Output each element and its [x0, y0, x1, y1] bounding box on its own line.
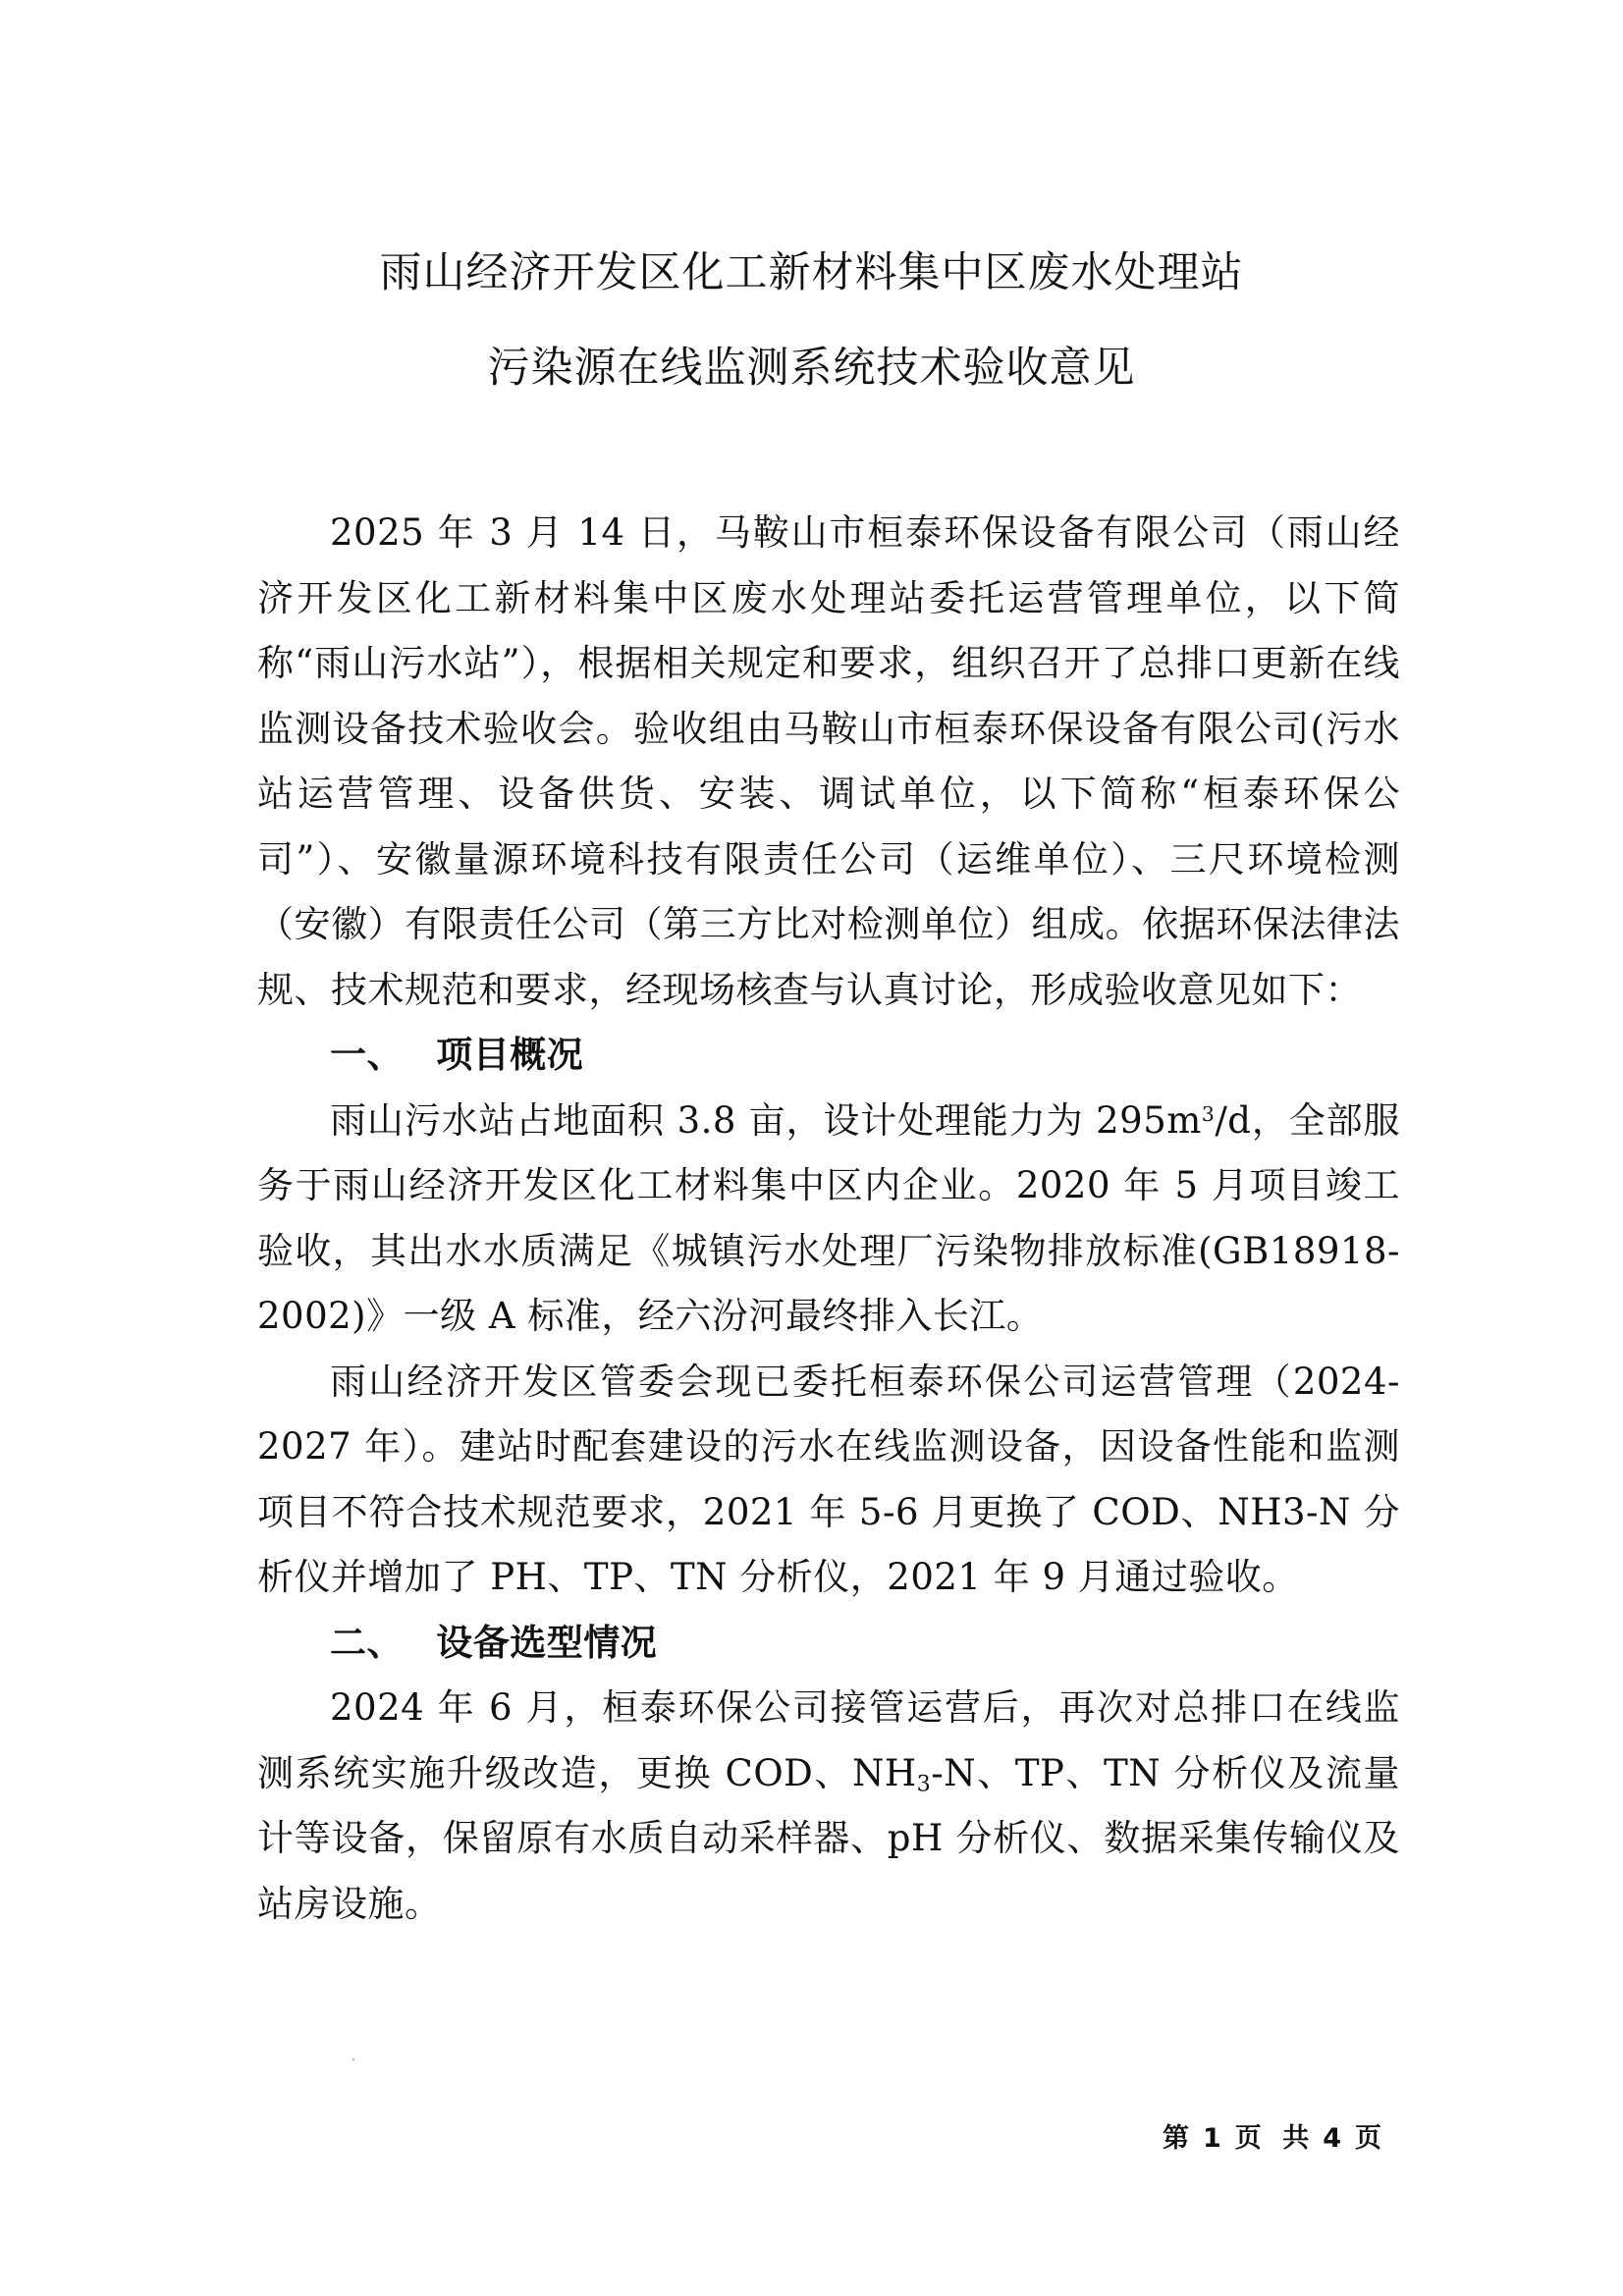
total-pages: 4: [1323, 2123, 1347, 2154]
superscript: 3: [1202, 1101, 1215, 1125]
section-number: 一、: [330, 1034, 404, 1076]
footer-middle: 页 共: [1235, 2123, 1315, 2154]
paragraph-operation-history: 雨山经济开发区管委会现已委托桓泰环保公司运营管理（2024-2027 年）。建站…: [257, 1350, 1400, 1611]
footer-prefix: 第: [1163, 2123, 1195, 2154]
text-run: 雨山污水站占地面积 3.8 亩，设计处理能力为 295m: [330, 1099, 1202, 1142]
document-title-line-2: 污染源在线监测系统技术验收意见: [0, 335, 1623, 395]
intro-paragraph: 2025 年 3 月 14 日，马鞍山市桓泰环保设备有限公司（雨山经济开发区化工…: [257, 501, 1400, 1023]
section-title: 设备选型情况: [436, 1622, 657, 1664]
paragraph-equipment-upgrade: 2024 年 6 月，桓泰环保公司接管运营后，再次对总排口在线监测系统实施升级改…: [257, 1676, 1400, 1937]
section-heading-project-overview: 一、项目概况: [257, 1023, 1400, 1089]
footer-suffix: 页: [1355, 2123, 1387, 2154]
section-title: 项目概况: [436, 1034, 583, 1076]
document-body: 2025 年 3 月 14 日，马鞍山市桓泰环保设备有限公司（雨山经济开发区化工…: [257, 501, 1400, 1937]
scan-speck: [352, 2058, 354, 2060]
paragraph-site-overview: 雨山污水站占地面积 3.8 亩，设计处理能力为 295m3/d，全部服务于雨山经…: [257, 1089, 1400, 1350]
section-heading-equipment-selection: 二、设备选型情况: [257, 1611, 1400, 1677]
document-title-line-1: 雨山经济开发区化工新材料集中区废水处理站: [0, 240, 1623, 299]
document-page: 雨山经济开发区化工新材料集中区废水处理站 污染源在线监测系统技术验收意见 202…: [0, 0, 1623, 2296]
page-number-footer: 第1页 共4页: [1163, 2116, 1395, 2155]
subscript: 3: [917, 1771, 932, 1796]
section-number: 二、: [330, 1622, 404, 1664]
current-page-number: 1: [1203, 2123, 1227, 2154]
